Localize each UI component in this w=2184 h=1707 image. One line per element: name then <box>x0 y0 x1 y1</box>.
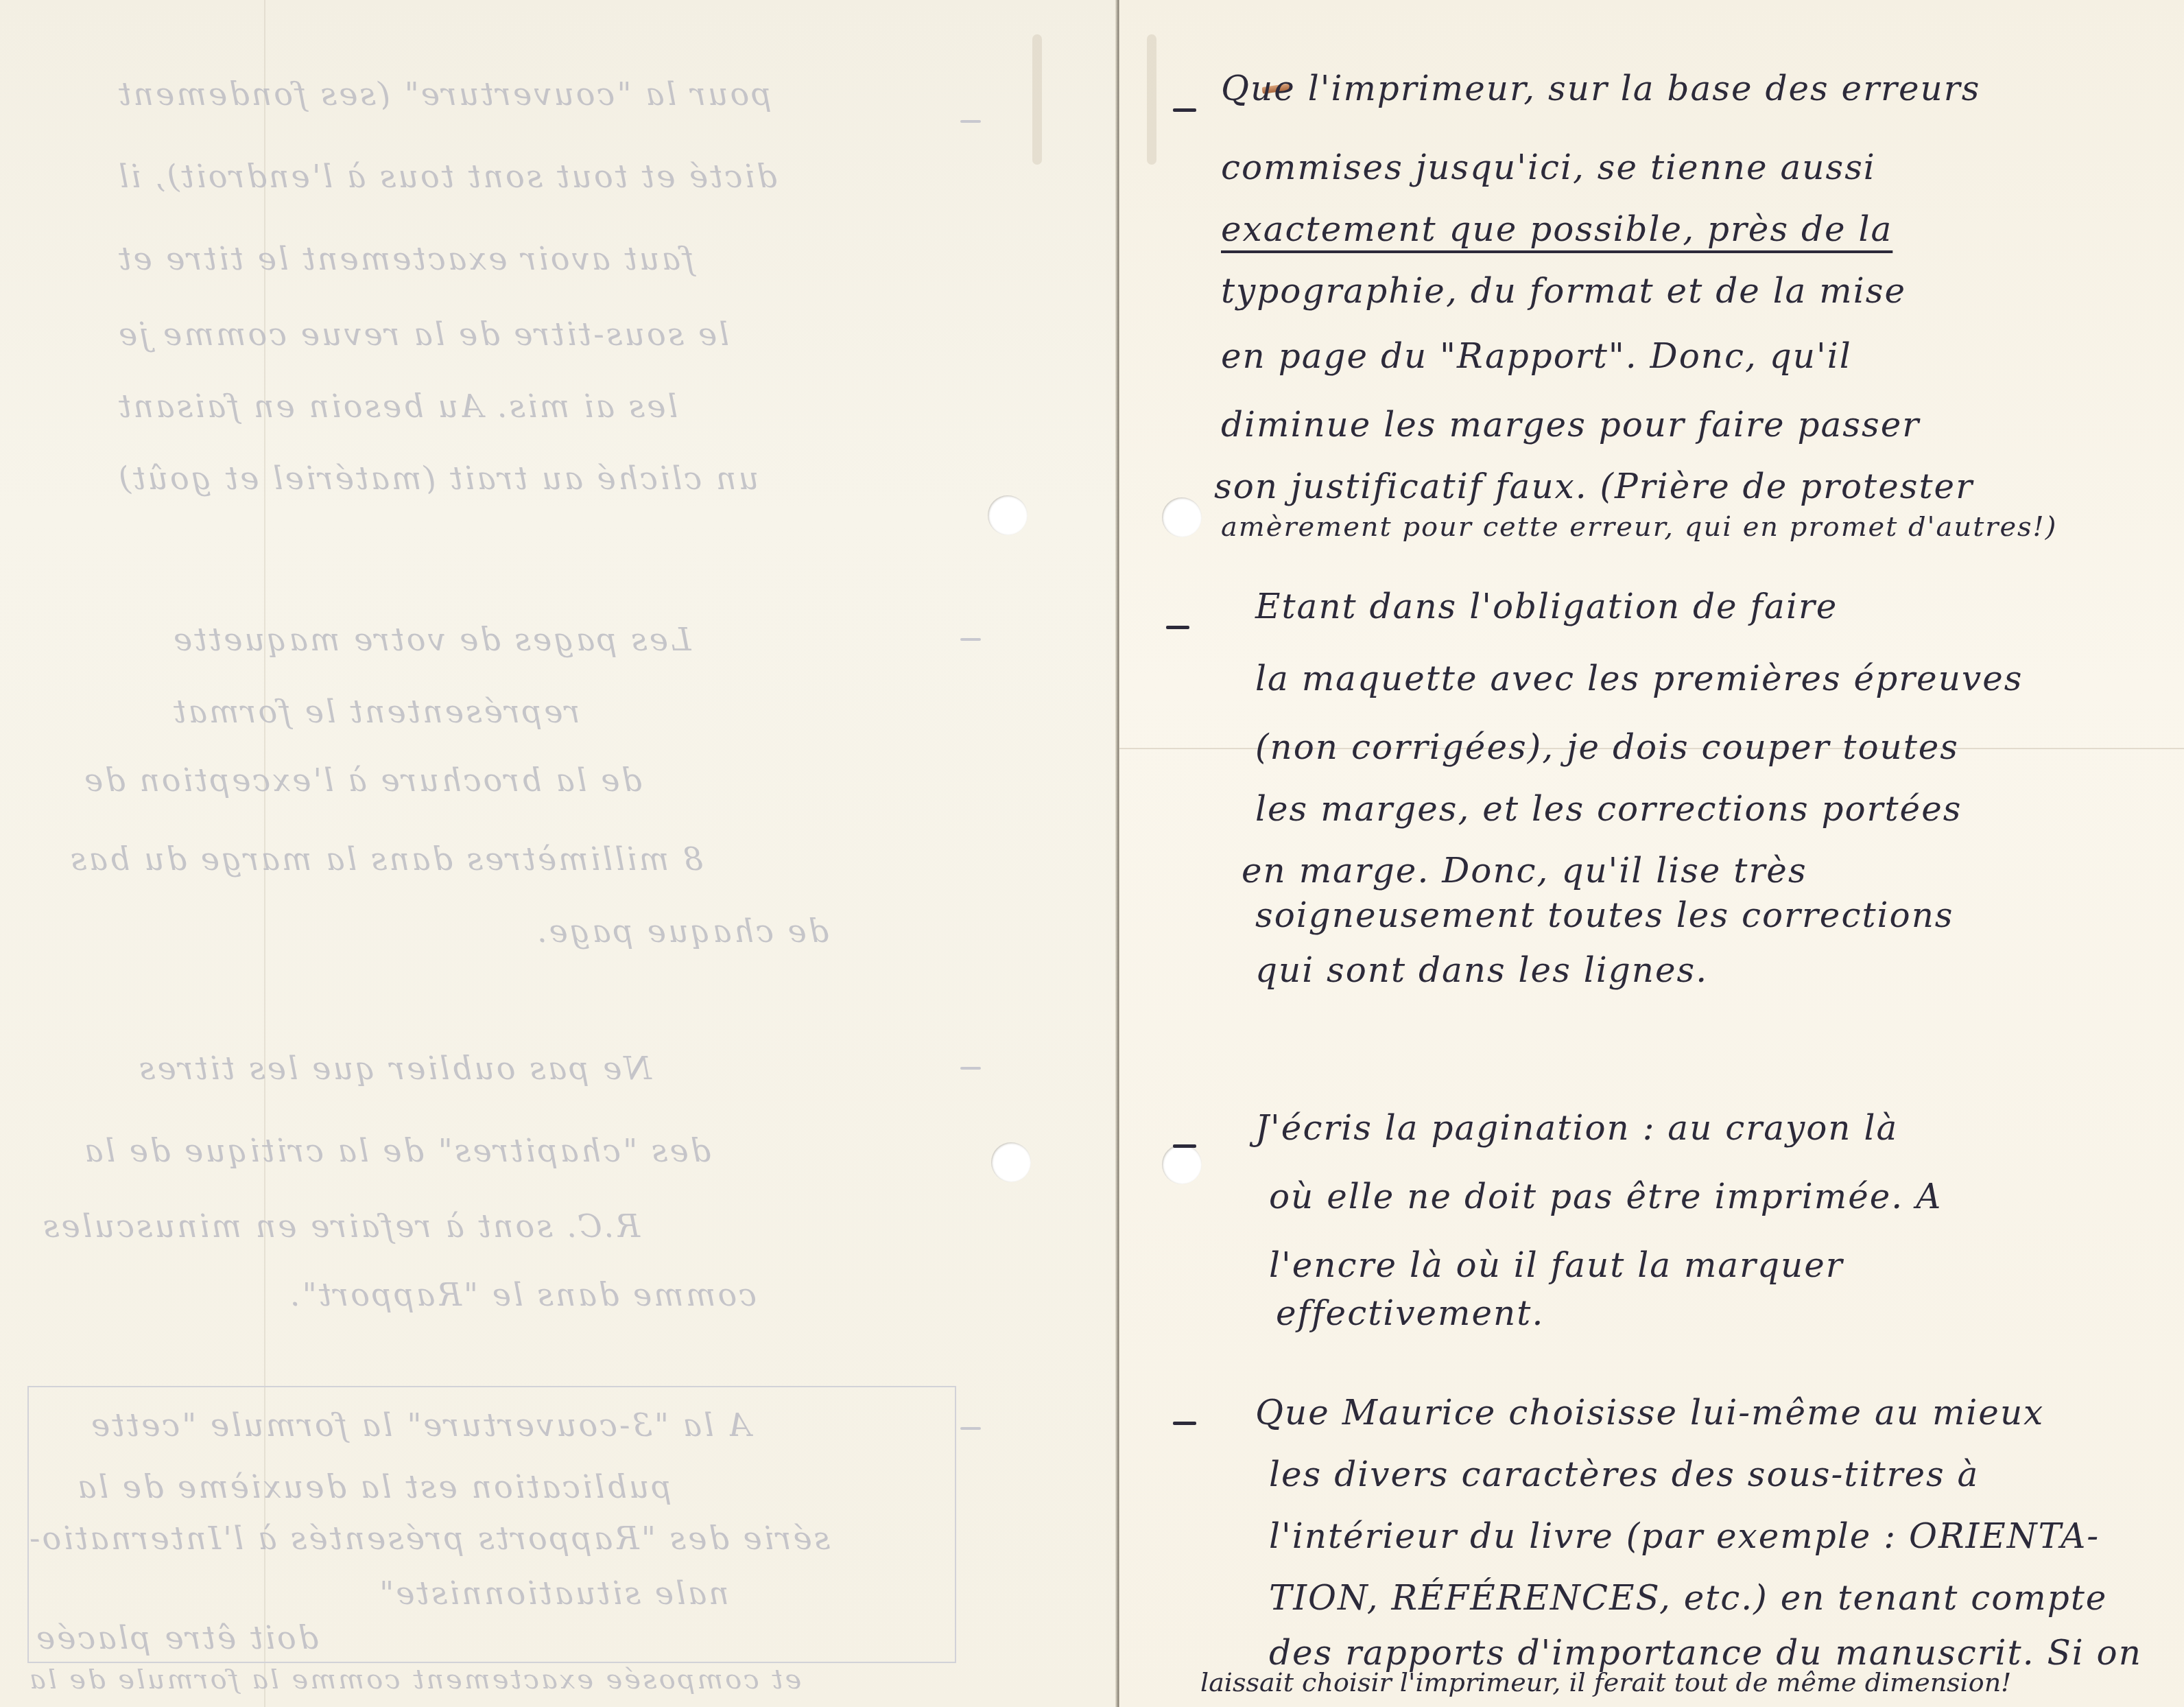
pencil-line: doit être placée <box>34 1619 318 1656</box>
bullet-dash <box>1173 108 1196 112</box>
pencil-line: des "chapitres" de la critique de la <box>82 1132 711 1169</box>
letter-line: Que l'imprimeur, sur la base des erreurs <box>1221 69 1980 108</box>
pencil-line: dicté et tout sont tous à l'endroit), il <box>117 158 777 195</box>
bullet-dash <box>960 1067 981 1070</box>
letter-line: J'écris la pagination : au crayon là <box>1255 1108 1898 1148</box>
pencil-line: Les pages de votre maquette <box>171 621 691 658</box>
letter-line: (non corrigées), je dois couper toutes <box>1255 727 1959 767</box>
pencil-line: 8 millimètres dans la marge du bas <box>69 840 703 878</box>
staple-mark <box>1032 34 1042 165</box>
punch-hole <box>1162 1144 1202 1184</box>
pencil-line: de chaque page. <box>535 913 829 950</box>
left-page: pour la "couverture" (ses fondement dict… <box>0 0 1119 1707</box>
pencil-line: un cliché au trait (matériel et goût) <box>117 460 759 497</box>
bullet-dash <box>1166 626 1189 629</box>
letter-line: TION, RÉFÉRENCES, etc.) en tenant compte <box>1269 1578 2107 1618</box>
bullet-dash <box>960 638 981 641</box>
letter-line: l'encre là où il faut la marquer <box>1269 1245 1844 1285</box>
pencil-line: comme dans le "Rapport". <box>288 1276 757 1313</box>
punch-hole <box>991 1142 1031 1182</box>
punch-hole <box>1162 497 1202 537</box>
bullet-dash <box>1173 1422 1196 1425</box>
pencil-line: le sous-titre de la revue comme je <box>117 316 729 353</box>
pencil-line: faut avoir exactement le titre et <box>117 240 694 277</box>
letter-line: Que Maurice choisisse lui-même au mieux <box>1255 1393 2044 1433</box>
letter-line: amèrement pour cette erreur, qui en prom… <box>1221 511 2057 543</box>
bullet-dash <box>960 1427 981 1430</box>
pencil-line: et composée exactement comme la formule … <box>27 1664 801 1695</box>
punch-hole <box>988 495 1028 535</box>
bullet-dash <box>1173 1144 1196 1148</box>
letter-line: les divers caractères des sous-titres à <box>1269 1455 1979 1494</box>
letter-line: où elle ne doit pas être imprimée. A <box>1269 1177 1942 1216</box>
letter-line: soigneusement toutes les corrections <box>1255 895 1954 935</box>
pencil-line: A la "3-couverture" la formule "cette <box>89 1406 751 1444</box>
letter-line: diminue les marges pour faire passer <box>1221 405 1920 445</box>
letter-line: Etant dans l'obligation de faire <box>1255 587 1838 626</box>
pencil-line: représentent le format <box>171 693 580 730</box>
letter-line: en marge. Donc, qu'il lise très <box>1242 851 1807 891</box>
pencil-line: pour la "couverture" (ses fondement <box>117 75 772 113</box>
letter-line: la maquette avec les premières épreuves <box>1255 659 2023 698</box>
pencil-line: les ai mis. Au besoin en faisant <box>117 388 678 425</box>
letter-line: qui sont dans les lignes. <box>1255 950 1708 990</box>
letter-line: laissait choisir l'imprimeur, il ferait … <box>1200 1667 2011 1697</box>
letter-line: exactement que possible, près de la <box>1221 209 1892 249</box>
pencil-line: nale situationniste" <box>377 1575 729 1612</box>
bullet-dash <box>960 120 981 123</box>
letter-line: l'intérieur du livre (par exemple : ORIE… <box>1269 1516 2100 1556</box>
pencil-line: publication est la deuxième de la <box>75 1468 672 1505</box>
letter-line: effectivement. <box>1276 1293 1544 1333</box>
staple-mark <box>1147 34 1156 165</box>
pencil-line: Ne pas oublier que les titres <box>137 1050 652 1087</box>
letter-line: typographie, du format et de la mise <box>1221 271 1906 311</box>
pencil-line: série des "Rapports présentés à l'Intern… <box>27 1520 830 1557</box>
letter-line: commises jusqu'ici, se tienne aussi <box>1221 148 1876 187</box>
letter-line: son justificatif faux. (Prière de protes… <box>1214 467 1973 506</box>
letter-line: en page du "Rapport". Donc, qu'il <box>1221 336 1852 376</box>
pencil-line: de la brochure à l'exception de <box>82 762 642 799</box>
letter-line: les marges, et les corrections portées <box>1255 789 1962 829</box>
pencil-line: R.C. sont à refaire en minuscules <box>41 1208 640 1245</box>
